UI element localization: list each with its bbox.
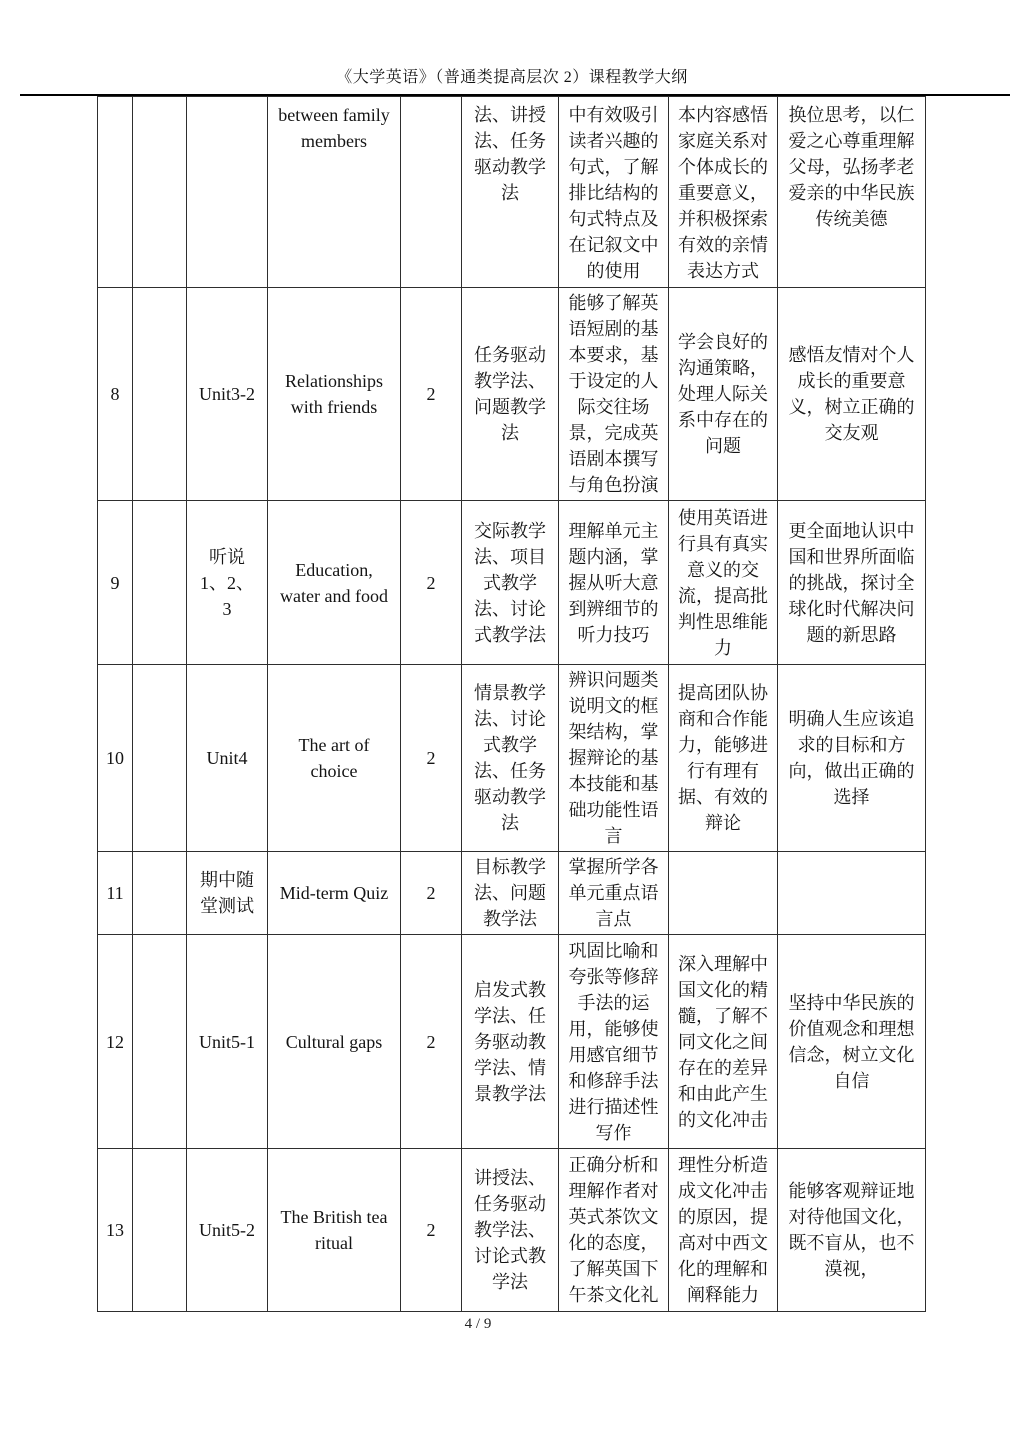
cell-unit: Unit5-1: [187, 935, 268, 1149]
cell-unit: Unit5-2: [187, 1149, 268, 1312]
cell-unit: Unit4: [187, 665, 268, 852]
table-row: 12 Unit5-1 Cultural gaps 2 启发式教 学法、任 务驱动…: [98, 935, 926, 1149]
table-row: 10 Unit4 The art of choice 2 情景教学 法、讨论 式…: [98, 665, 926, 852]
cell-topic: Education, water and food: [268, 501, 401, 665]
cell-ability-objective: [669, 852, 778, 935]
cell-value-objective: 能够客观辩证地 对待他国文化， 既不盲从，也不 漠视，: [778, 1149, 926, 1312]
cell-hours: 2: [401, 1149, 462, 1312]
cell-week: 11: [98, 852, 133, 935]
cell-hours: 2: [401, 501, 462, 665]
cell-hours: 2: [401, 935, 462, 1149]
cell-week: 10: [98, 665, 133, 852]
cell-ability-objective: 理性分析造 成文化冲击 的原因，提 高对中西文 化的理解和 阐释能力: [669, 1149, 778, 1312]
cell-ability-objective: 深入理解中 国文化的精 髓，了解不 同文化之间 存在的差异 和由此产生 的文化冲…: [669, 935, 778, 1149]
table-row: 9 听说 1、2、 3 Education, water and food 2 …: [98, 501, 926, 665]
cell-unit: 期中随 堂测试: [187, 852, 268, 935]
cell-topic: Cultural gaps: [268, 935, 401, 1149]
cell-week: 8: [98, 288, 133, 501]
cell-value-objective: [778, 852, 926, 935]
cell-topic: The British tea ritual: [268, 1149, 401, 1312]
cell-unit: Unit3-2: [187, 288, 268, 501]
cell-knowledge-objective: 掌握所学各 单元重点语 言点: [559, 852, 669, 935]
cell-value-objective: 明确人生应该追 求的目标和方 向，做出正确的 选择: [778, 665, 926, 852]
cell-week: 13: [98, 1149, 133, 1312]
course-schedule-table: between family members 法、讲授 法、任务 驱动教学 法 …: [97, 96, 926, 1312]
cell-blank: [133, 97, 187, 288]
cell-knowledge-objective: 中有效吸引 读者兴趣的 句式，了解 排比结构的 句式特点及 在记叙文中 的使用: [559, 97, 669, 288]
cell-methods: 情景教学 法、讨论 式教学 法、任务 驱动教学 法: [462, 665, 559, 852]
cell-knowledge-objective: 辨识问题类 说明文的框 架结构，掌 握辩论的基 本技能和基 础功能性语 言: [559, 665, 669, 852]
table-row: 13 Unit5-2 The British tea ritual 2 讲授法、…: [98, 1149, 926, 1312]
table-row: between family members 法、讲授 法、任务 驱动教学 法 …: [98, 97, 926, 288]
cell-knowledge-objective: 理解单元主 题内涵，掌 握从听大意 到辨细节的 听力技巧: [559, 501, 669, 665]
cell-methods: 启发式教 学法、任 务驱动教 学法、情 景教学法: [462, 935, 559, 1149]
cell-unit: [187, 97, 268, 288]
cell-blank: [133, 288, 187, 501]
cell-blank: [133, 501, 187, 665]
cell-topic: between family members: [268, 97, 401, 288]
cell-value-objective: 换位思考，以仁 爱之心尊重理解 父母，弘扬孝老 爱亲的中华民族 传统美德: [778, 97, 926, 288]
cell-methods: 任务驱动 教学法、 问题教学 法: [462, 288, 559, 501]
cell-hours: [401, 97, 462, 288]
page-number: 4 / 9: [465, 1316, 492, 1333]
cell-value-objective: 更全面地认识中 国和世界所面临 的挑战，探讨全 球化时代解决问 题的新思路: [778, 501, 926, 665]
cell-week: 9: [98, 501, 133, 665]
cell-knowledge-objective: 能够了解英 语短剧的基 本要求，基 于设定的人 际交往场 景，完成英 语剧本撰写…: [559, 288, 669, 501]
cell-hours: 2: [401, 852, 462, 935]
cell-hours: 2: [401, 665, 462, 852]
table-row: 11 期中随 堂测试 Mid-term Quiz 2 目标教学 法、问题 教学法…: [98, 852, 926, 935]
cell-ability-objective: 提高团队协 商和合作能 力，能够进 行有理有 据、有效的 辩论: [669, 665, 778, 852]
cell-blank: [133, 1149, 187, 1312]
cell-ability-objective: 本内容感悟 家庭关系对 个体成长的 重要意义， 并积极探索 有效的亲情 表达方式: [669, 97, 778, 288]
cell-methods: 讲授法、 任务驱动 教学法、 讨论式教 学法: [462, 1149, 559, 1312]
cell-methods: 法、讲授 法、任务 驱动教学 法: [462, 97, 559, 288]
table-row: 8 Unit3-2 Relationships with friends 2 任…: [98, 288, 926, 501]
cell-week: [98, 97, 133, 288]
cell-ability-objective: 使用英语进 行具有真实 意义的交 流，提高批 判性思维能 力: [669, 501, 778, 665]
cell-hours: 2: [401, 288, 462, 501]
cell-methods: 目标教学 法、问题 教学法: [462, 852, 559, 935]
document-page: 《大学英语》（普通类提高层次 2）课程教学大纲 between family m…: [0, 0, 1024, 1447]
cell-topic: Relationships with friends: [268, 288, 401, 501]
cell-week: 12: [98, 935, 133, 1149]
cell-blank: [133, 665, 187, 852]
cell-unit: 听说 1、2、 3: [187, 501, 268, 665]
cell-knowledge-objective: 正确分析和 理解作者对 英式茶饮文 化的态度， 了解英国下 午茶文化礼: [559, 1149, 669, 1312]
cell-topic: Mid-term Quiz: [268, 852, 401, 935]
cell-knowledge-objective: 巩固比喻和 夸张等修辞 手法的运 用，能够使 用感官细节 和修辞手法 进行描述性…: [559, 935, 669, 1149]
cell-blank: [133, 935, 187, 1149]
page-title: 《大学英语》（普通类提高层次 2）课程教学大纲: [0, 64, 1024, 87]
cell-value-objective: 坚持中华民族的 价值观念和理想 信念，树立文化 自信: [778, 935, 926, 1149]
cell-methods: 交际教学 法、项目 式教学 法、讨论 式教学法: [462, 501, 559, 665]
cell-blank: [133, 852, 187, 935]
cell-value-objective: 感悟友情对个人 成长的重要意 义，树立正确的 交友观: [778, 288, 926, 501]
cell-ability-objective: 学会良好的 沟通策略， 处理人际关 系中存在的 问题: [669, 288, 778, 501]
cell-topic: The art of choice: [268, 665, 401, 852]
